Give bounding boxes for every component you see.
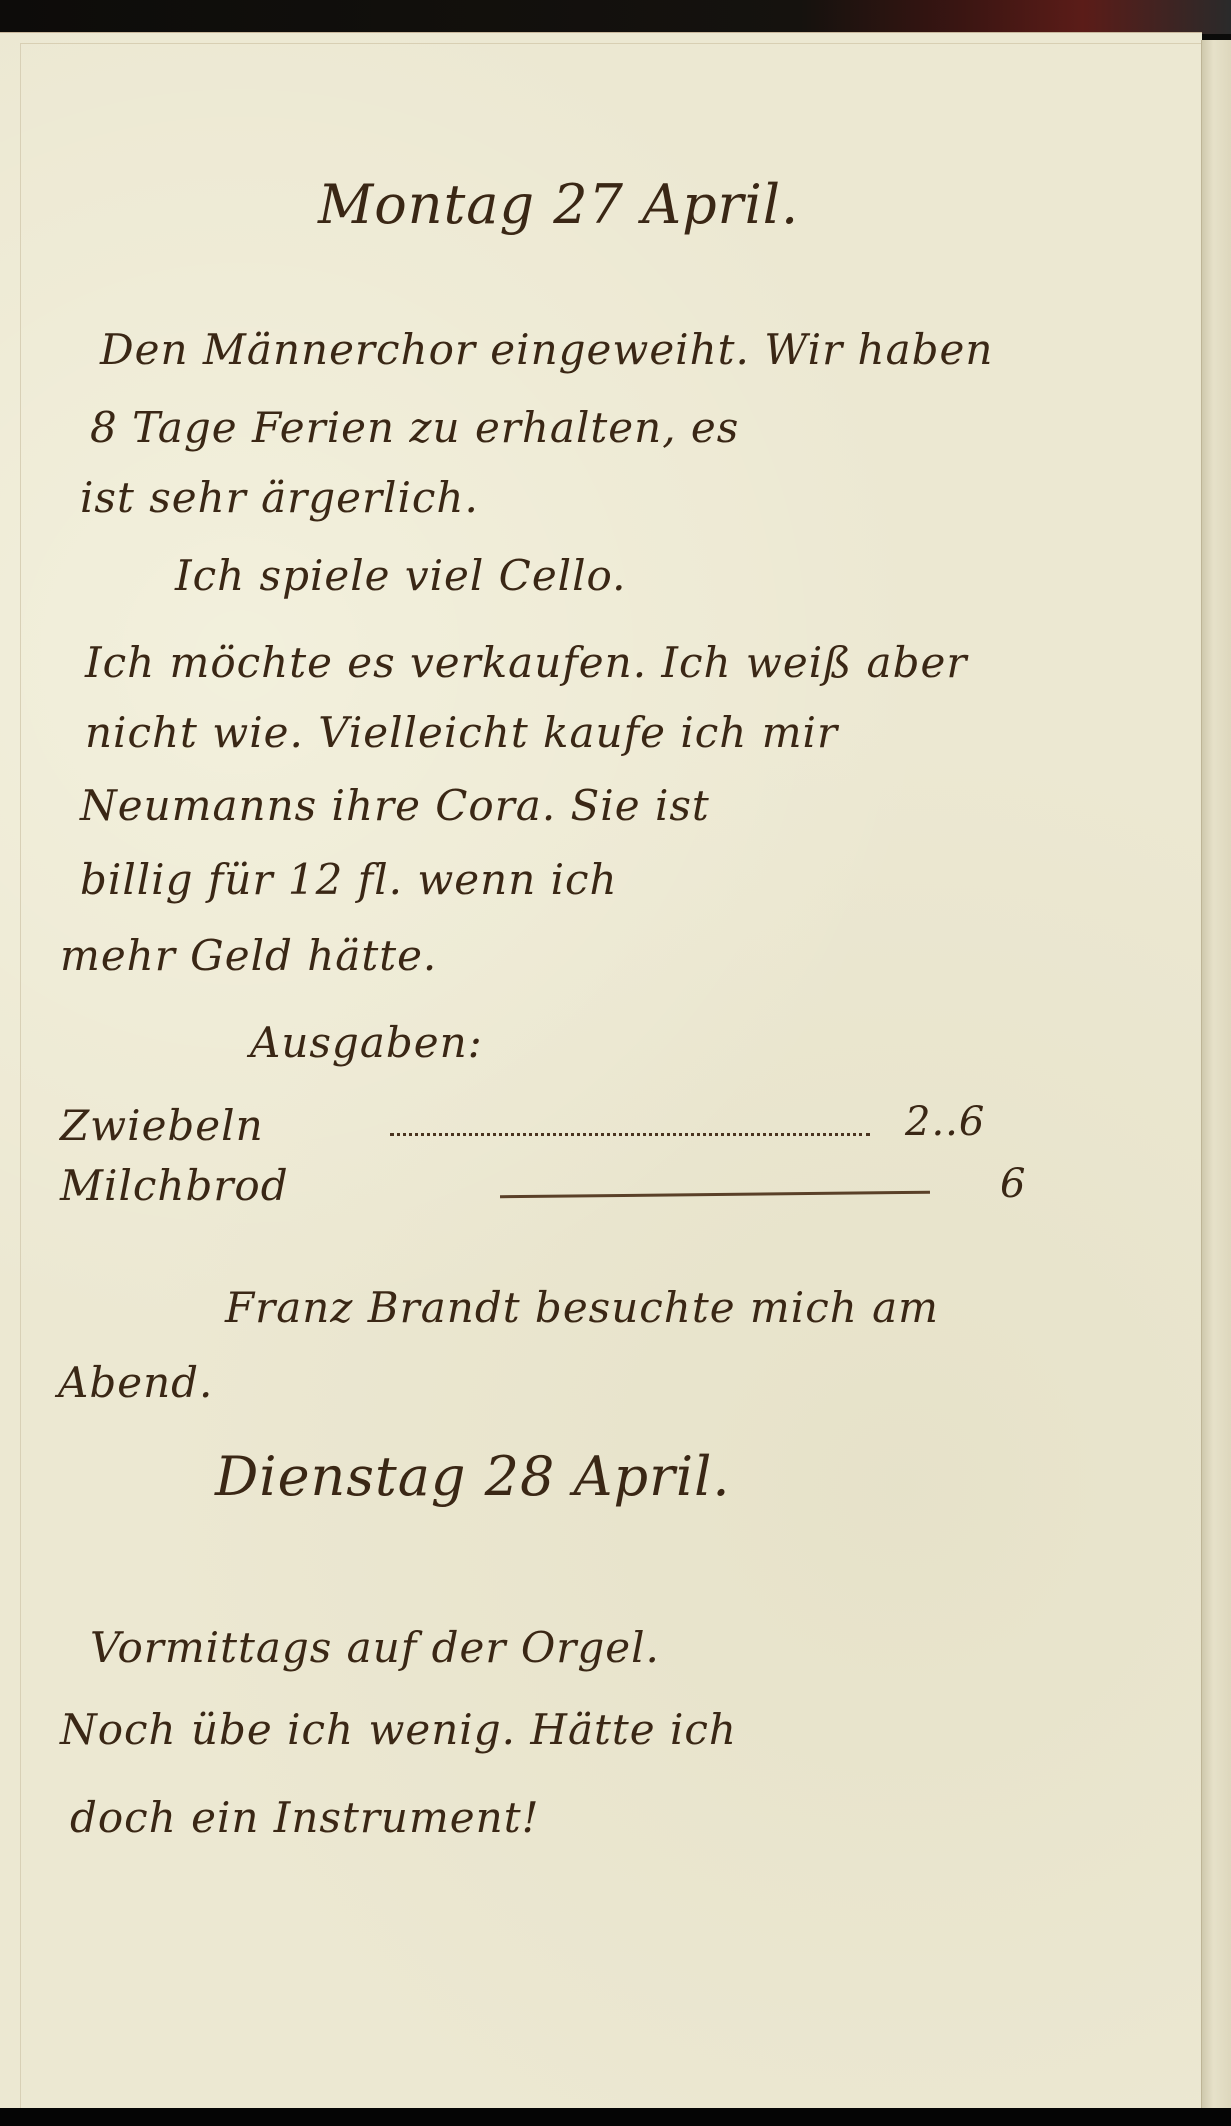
- entry1-line: billig für 12 fl. wenn ich: [80, 855, 618, 904]
- entry2-line: Noch übe ich wenig. Hätte ich: [60, 1705, 737, 1754]
- date-heading-2: Dienstag 28 April.: [215, 1445, 731, 1508]
- expense-leader-dots: [390, 1133, 870, 1136]
- entry1-closing-line: Abend.: [58, 1358, 213, 1407]
- book-bottom-edge: [0, 2108, 1231, 2126]
- entry1-line: nicht wie. Vielleicht kaufe ich mir: [85, 708, 838, 757]
- entry1-line: Ich spiele viel Cello.: [175, 551, 626, 600]
- entry1-line: Den Männerchor eingeweiht. Wir haben: [100, 325, 993, 374]
- adjacent-page-edge: [1201, 40, 1231, 2108]
- entry1-line: 8 Tage Ferien zu erhalten, es: [90, 403, 739, 452]
- diary-page: Montag 27 April. Den Männerchor eingewei…: [0, 32, 1202, 2109]
- expense-amount: 2..6: [905, 1099, 985, 1145]
- entry2-line: doch ein Instrument!: [70, 1793, 539, 1842]
- expense-label: Milchbrod: [60, 1161, 289, 1210]
- expenses-heading: Ausgaben:: [250, 1018, 483, 1067]
- expense-label: Zwiebeln: [60, 1101, 264, 1150]
- entry1-closing-line: Franz Brandt besuchte mich am: [225, 1283, 939, 1332]
- book-top-edge: [0, 0, 1231, 34]
- expense-amount: 6: [1000, 1161, 1026, 1207]
- entry2-line: Vormittags auf der Orgel.: [90, 1623, 660, 1672]
- date-heading-1: Montag 27 April.: [318, 173, 799, 236]
- entry1-line: Ich möchte es verkaufen. Ich weiß aber: [85, 638, 967, 687]
- entry1-line: ist sehr ärgerlich.: [80, 473, 479, 522]
- entry1-line: mehr Geld hätte.: [60, 931, 437, 980]
- entry1-line: Neumanns ihre Cora. Sie ist: [80, 781, 710, 830]
